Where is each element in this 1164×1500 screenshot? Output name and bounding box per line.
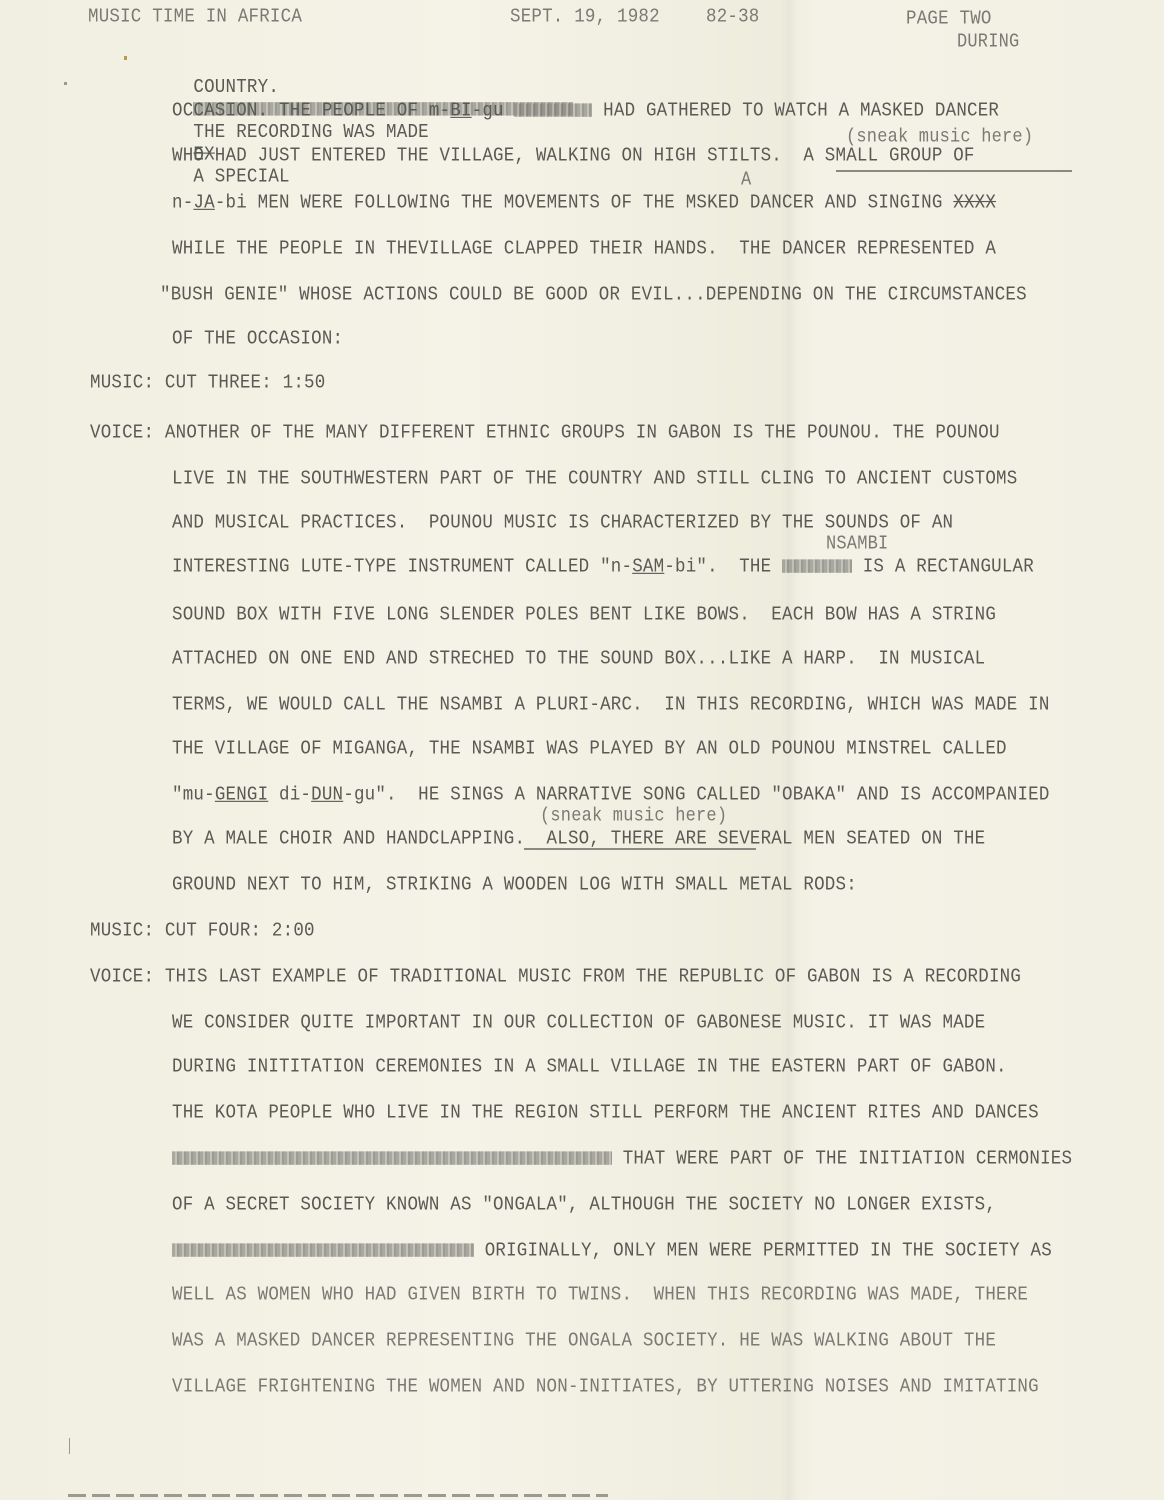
body-line: DURING INITITATION CEREMONIES IN A SMALL…	[172, 1056, 1007, 1078]
redaction	[782, 560, 852, 573]
production-note: (sneak music here)	[540, 806, 727, 828]
text: THE RECORDING WAS MADE	[193, 121, 428, 143]
margin-mark	[69, 1438, 70, 1454]
text: IS A RECTANGULAR	[863, 556, 1034, 578]
redaction	[514, 104, 592, 117]
body-line: n-JA-bi MEN WERE FOLLOWING THE MOVEMENTS…	[172, 192, 996, 214]
body-line: THAT WERE PART OF THE INITIATION CERMONI…	[172, 1148, 1072, 1170]
body-line: VILLAGE FRIGHTENING THE WOMEN AND NON-IN…	[172, 1376, 1039, 1398]
body-line: ORIGINALLY, ONLY MEN WERE PERMITTED IN T…	[172, 1240, 1052, 1262]
text: ORIGINALLY, ONLY MEN WERE PERMITTED IN T…	[485, 1240, 1052, 1262]
underline	[524, 848, 756, 850]
text: n-	[172, 192, 193, 214]
music-cue-four: MUSIC: CUT FOUR: 2:00	[90, 920, 315, 942]
page-bottom-rule	[68, 1494, 608, 1497]
struck-word: XXXX	[953, 192, 996, 214]
redaction	[172, 1244, 474, 1257]
music-cue-three: MUSIC: CUT THREE: 1:50	[90, 372, 325, 394]
insert-during: DURING	[957, 32, 1019, 54]
text: -bi MEN WERE FOLLOWING THE MOVEMENTS OF …	[215, 192, 943, 214]
body-line: OF THE OCCASION:	[172, 328, 343, 350]
stressed-syllable: GENGI	[215, 784, 269, 806]
body-line: ATTACHED ON ONE END AND STRECHED TO THE …	[172, 648, 985, 670]
text: A SPECIAL	[193, 166, 289, 188]
document-date: SEPT. 19, 1982	[510, 6, 660, 28]
punch-mark	[124, 56, 127, 60]
voice-line: VOICE: ANOTHER OF THE MANY DIFFERENT ETH…	[90, 422, 1000, 444]
redaction	[172, 1152, 612, 1165]
body-line: GROUND NEXT TO HIM, STRIKING A WOODEN LO…	[172, 874, 857, 896]
body-line: WHO HAD JUST ENTERED THE VILLAGE, WALKIN…	[172, 145, 975, 167]
stressed-syllable: JA	[193, 192, 214, 214]
body-line: WAS A MASKED DANCER REPRESENTING THE ONG…	[172, 1330, 996, 1352]
body-line: INTERESTING LUTE-TYPE INSTRUMENT CALLED …	[172, 556, 1034, 578]
text: INTERESTING LUTE-TYPE INSTRUMENT CALLED …	[172, 556, 632, 578]
page-number: PAGE TWO	[906, 8, 992, 30]
body-line: THE KOTA PEOPLE WHO LIVE IN THE REGION S…	[172, 1102, 1039, 1124]
text: -bi". THE	[664, 556, 771, 578]
body-line: OCCASION. THE PEOPLE OF m-BI-gu HAD GATH…	[172, 100, 999, 122]
stressed-syllable: SAM	[632, 556, 664, 578]
body-line: OF A SECRET SOCIETY KNOWN AS "ONGALA", A…	[172, 1194, 996, 1216]
body-line: THE VILLAGE OF MIGANGA, THE NSAMBI WAS P…	[172, 738, 1007, 760]
program-title: MUSIC TIME IN AFRICA	[88, 6, 302, 28]
insert-nsambi: NSAMBI	[826, 534, 888, 556]
insert-caret: A	[741, 170, 751, 192]
body-line: WELL AS WOMEN WHO HAD GIVEN BIRTH TO TWI…	[172, 1284, 1028, 1306]
stressed-syllable: DUN	[311, 784, 343, 806]
text: -gu	[472, 100, 504, 122]
body-line: WE CONSIDER QUITE IMPORTANT IN OUR COLLE…	[172, 1012, 985, 1034]
text: THAT WERE PART OF THE INITIATION CERMONI…	[623, 1148, 1072, 1170]
text: HAD GATHERED TO WATCH A MASKED DANCER	[603, 100, 999, 122]
body-line: "BUSH GENIE" WHOSE ACTIONS COULD BE GOOD…	[160, 284, 1027, 306]
text: di-	[268, 784, 311, 806]
body-line: TERMS, WE WOULD CALL THE NSAMBI A PLURI-…	[172, 694, 1050, 716]
body-line: AND MUSICAL PRACTICES. POUNOU MUSIC IS C…	[172, 512, 953, 534]
body-line: WHILE THE PEOPLE IN THEVILLAGE CLAPPED T…	[172, 238, 996, 260]
body-line: "mu-GENGI di-DUN-gu". HE SINGS A NARRATI…	[172, 784, 1050, 806]
underline	[836, 170, 1072, 172]
voice-line: VOICE: THIS LAST EXAMPLE OF TRADITIONAL …	[90, 966, 1021, 988]
body-line: SOUND BOX WITH FIVE LONG SLENDER POLES B…	[172, 604, 996, 626]
punch-mark	[64, 82, 67, 85]
document-code: 82-38	[706, 6, 760, 28]
body-line: LIVE IN THE SOUTHWESTERN PART OF THE COU…	[172, 468, 1017, 490]
text: "mu-	[172, 784, 215, 806]
text: COUNTRY.	[193, 76, 279, 98]
stressed-syllable: BI	[450, 100, 471, 122]
text: OCCASION. THE PEOPLE OF m-	[172, 100, 450, 122]
text: -gu". HE SINGS A NARRATIVE SONG CALLED "…	[343, 784, 1049, 806]
